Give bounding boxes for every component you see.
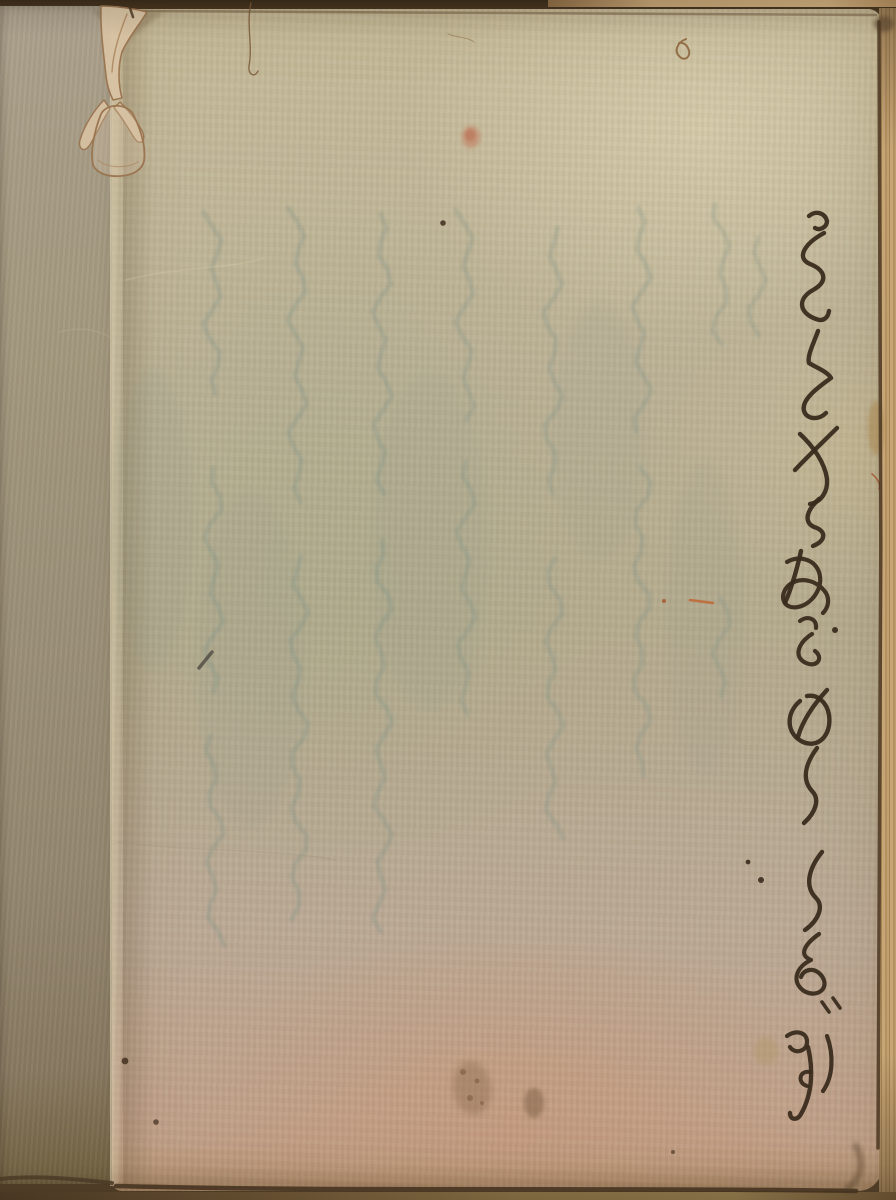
- bleed-blotch: [552, 300, 648, 560]
- ink-dot: [758, 877, 764, 883]
- page-bottom-edge: [116, 1186, 856, 1191]
- wormhole: [153, 1119, 159, 1125]
- ink-fleck: [671, 1150, 675, 1154]
- calligraphy-stroke: [790, 696, 830, 744]
- red-fleck: [662, 599, 666, 603]
- smudge-speckle: [480, 1101, 484, 1105]
- hanging-thread: [249, 3, 258, 75]
- calligraphy-dakuten: [822, 1002, 829, 1012]
- calligraphy-dakuten: [833, 998, 840, 1008]
- bottom-smudge-large: [449, 1059, 494, 1118]
- calligraphy-stroke: [805, 852, 822, 930]
- photo-of-bound-manuscript: [0, 0, 896, 1200]
- ink-ghost-smudge: [754, 1037, 778, 1065]
- corner-smudge: [874, 16, 894, 32]
- calligraphy-dot: [832, 627, 838, 633]
- calligraphy-stroke: [783, 559, 828, 613]
- ink-dot: [746, 860, 751, 865]
- calligraphy-stroke: [798, 634, 819, 664]
- ink-fleck: [440, 220, 446, 226]
- calligraphy-stroke: [804, 331, 831, 418]
- cord-bell-loop: [92, 106, 144, 176]
- red-fiber: [872, 474, 880, 489]
- calligraphy-stroke: [802, 233, 829, 320]
- bleed-blotch: [110, 370, 194, 670]
- smudge-speckle: [460, 1069, 466, 1075]
- smudge-speckle: [467, 1095, 473, 1101]
- calligraphy-stroke: [787, 1032, 807, 1051]
- bleedthrough-column: [544, 228, 564, 838]
- bleed-blotch: [195, 490, 305, 830]
- calligraphy-stroke: [804, 748, 817, 823]
- calligraphy-stroke: [809, 213, 827, 229]
- corner-shadow: [848, 1146, 861, 1188]
- wormhole: [122, 1058, 129, 1065]
- bleed-blotch: [665, 460, 745, 780]
- paper-crease: [60, 329, 112, 338]
- paper-crease: [126, 258, 264, 280]
- bleedthrough-column: [749, 238, 766, 336]
- pink-stain-core: [465, 129, 475, 141]
- binding-cord-top: [101, 6, 147, 100]
- bleed-blotch: [370, 370, 490, 710]
- paper-crease: [686, 170, 788, 180]
- calligraphy-stroke: [823, 1036, 832, 1091]
- ink-calligraphy-and-stains-layer: [0, 0, 896, 1200]
- page-right-edge: [878, 22, 881, 1148]
- calligraphy-stroke: [800, 618, 816, 628]
- smudge-speckle: [475, 1079, 480, 1084]
- calligraphy-stroke: [808, 499, 824, 546]
- left-page-bottom-edge: [0, 1177, 112, 1183]
- fiber: [448, 34, 474, 42]
- page-top-edge: [134, 11, 876, 15]
- curl-mark: [677, 39, 690, 59]
- bottom-smudge-small: [524, 1088, 544, 1118]
- calligraphy-stroke: [797, 934, 825, 994]
